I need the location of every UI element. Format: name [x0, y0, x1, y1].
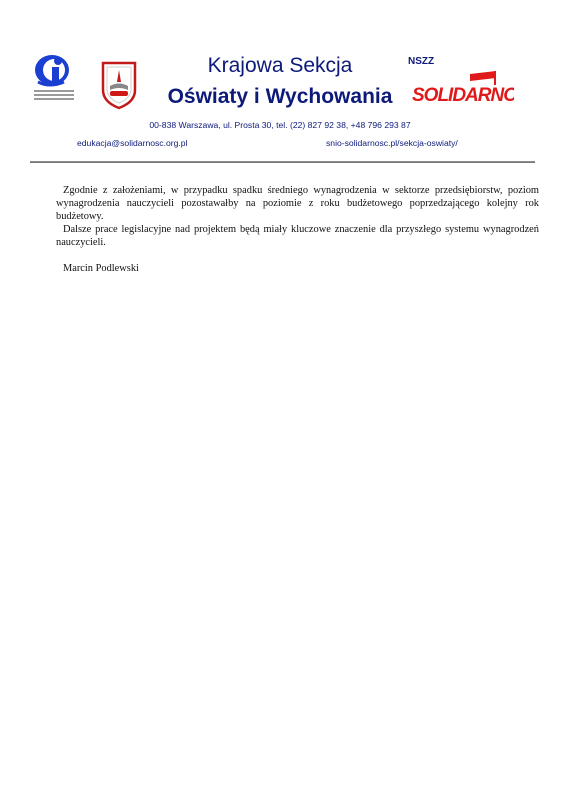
solidarnosc-logo-icon: SOLIDARNOŚĆ [410, 70, 514, 106]
website-link[interactable]: snio-solidarnosc.pl/sekcja-oswiaty/ [326, 138, 458, 148]
section-title-line1: Krajowa Sekcja [150, 54, 410, 78]
svg-text:SOLIDARNOŚĆ: SOLIDARNOŚĆ [412, 84, 514, 106]
signature: Marcin Podlewski [56, 262, 539, 275]
logo-caption-lines [34, 90, 74, 102]
paragraph-2: Dalsze prace legislacyjne nad projektem … [56, 223, 539, 249]
email-link[interactable]: edukacja@solidarnosc.org.pl [77, 138, 187, 148]
header-divider [30, 161, 535, 163]
address-line: 00-838 Warszawa, ul. Prosta 30, tel. (22… [60, 120, 500, 130]
paragraph-1: Zgodnie z założeniami, w przypadku spadk… [56, 184, 539, 223]
section-title-line2: Oświaty i Wychowania [150, 85, 410, 109]
education-international-logo-icon [30, 52, 78, 104]
document-page: Krajowa Sekcja Oświaty i Wychowania NSZZ… [0, 0, 566, 800]
letter-body: Zgodnie z założeniami, w przypadku spadk… [56, 184, 539, 275]
nszz-label: NSZZ [408, 56, 434, 67]
school-shield-logo-icon [100, 60, 138, 110]
